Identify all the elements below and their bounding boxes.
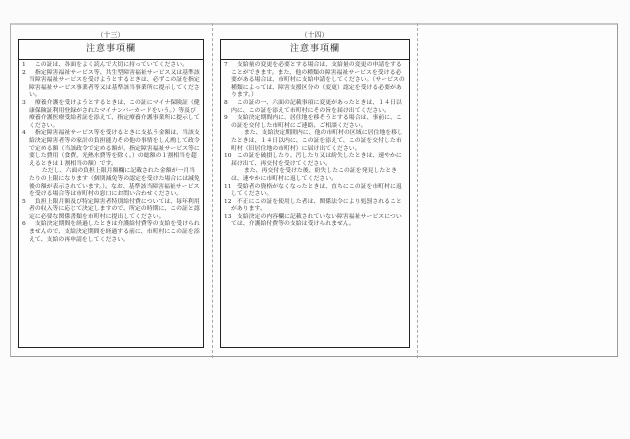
note-item: 6 支給決定期間を経過したときは介護給付費等の支給を受けられませんので、支給決定…: [22, 221, 200, 244]
fold-line-1: [212, 23, 213, 358]
note-item-continuation: ただし、六面の負担上限月額欄に記載された金額が一月当たりの上限になります（個別減…: [22, 168, 200, 198]
notes-list: 1 この証は、各面をよく読んで大切に持っていてください。 2 指定障害福祉サービ…: [19, 60, 203, 244]
note-item: 13 支給決定の内容欄に記載されていない障害福祉サービスについては、介護給付費等…: [224, 214, 406, 229]
note-item: 5 負担上限月額及び特定障害者特別給付費については、毎年利用者の収入等に応じて決…: [22, 199, 200, 222]
notes-box-14: 注意事項欄 7 支給量の変更を必要とする場合は、支給量の変更の申請をすることがで…: [220, 39, 410, 348]
note-item: 12 不正にこの証を使用した者は、関係法令により処罰されることがあります。: [224, 199, 406, 214]
notes-header: 注意事項欄: [19, 40, 203, 60]
note-item: 4 指定障害福祉サービス等を受けるときに支払う金額は、当該支給決定障害者等の家計…: [22, 130, 200, 168]
note-item: 1 この証は、各面をよく読んで大切に持っていてください。: [22, 62, 200, 70]
note-item: 9 支給決定期間内に、居住地を移そうとする場合は、事前に、この証を交付した市町村…: [224, 115, 406, 130]
notes-header: 注意事項欄: [221, 40, 409, 60]
note-item: 11 受給者の資格がなくなったときは、直ちにこの証を市町村に返してください。: [224, 184, 406, 199]
notes-list: 7 支給量の変更を必要とする場合は、支給量の変更の申請をすることができます。また…: [221, 60, 409, 229]
note-item-continuation: また、支給決定期間内に、他の市町村の区域に居住地を移したときは、１４日以内に、こ…: [224, 130, 406, 153]
note-item: 7 支給量の変更を必要とする場合は、支給量の変更の申請をすることができます。また…: [224, 62, 406, 100]
note-item: 8 この証の一、六面の記載事項に変更があったときは、１４日以内に、この証を添えて…: [224, 100, 406, 115]
note-item: 10 この証を破損したり、汚したり又は紛失したときは、速やかに届け出て、再交付を…: [224, 153, 406, 168]
note-item-continuation: また、再交付を受けた後、紛失したこの証を発見したときは、速やかに市町村に返してく…: [224, 168, 406, 183]
notes-box-13: 注意事項欄 1 この証は、各面をよく読んで大切に持っていてください。 2 指定障…: [18, 39, 204, 348]
note-item: 3 療養介護を受けようとするときは、この証にマイナ保険証（健康保険証利用登録がさ…: [22, 100, 200, 130]
fold-line-2: [417, 23, 418, 358]
note-item: 2 指定障害福祉サービス等、共生型障害福祉サービス又は基準該当障害福祉サービスを…: [22, 70, 200, 100]
